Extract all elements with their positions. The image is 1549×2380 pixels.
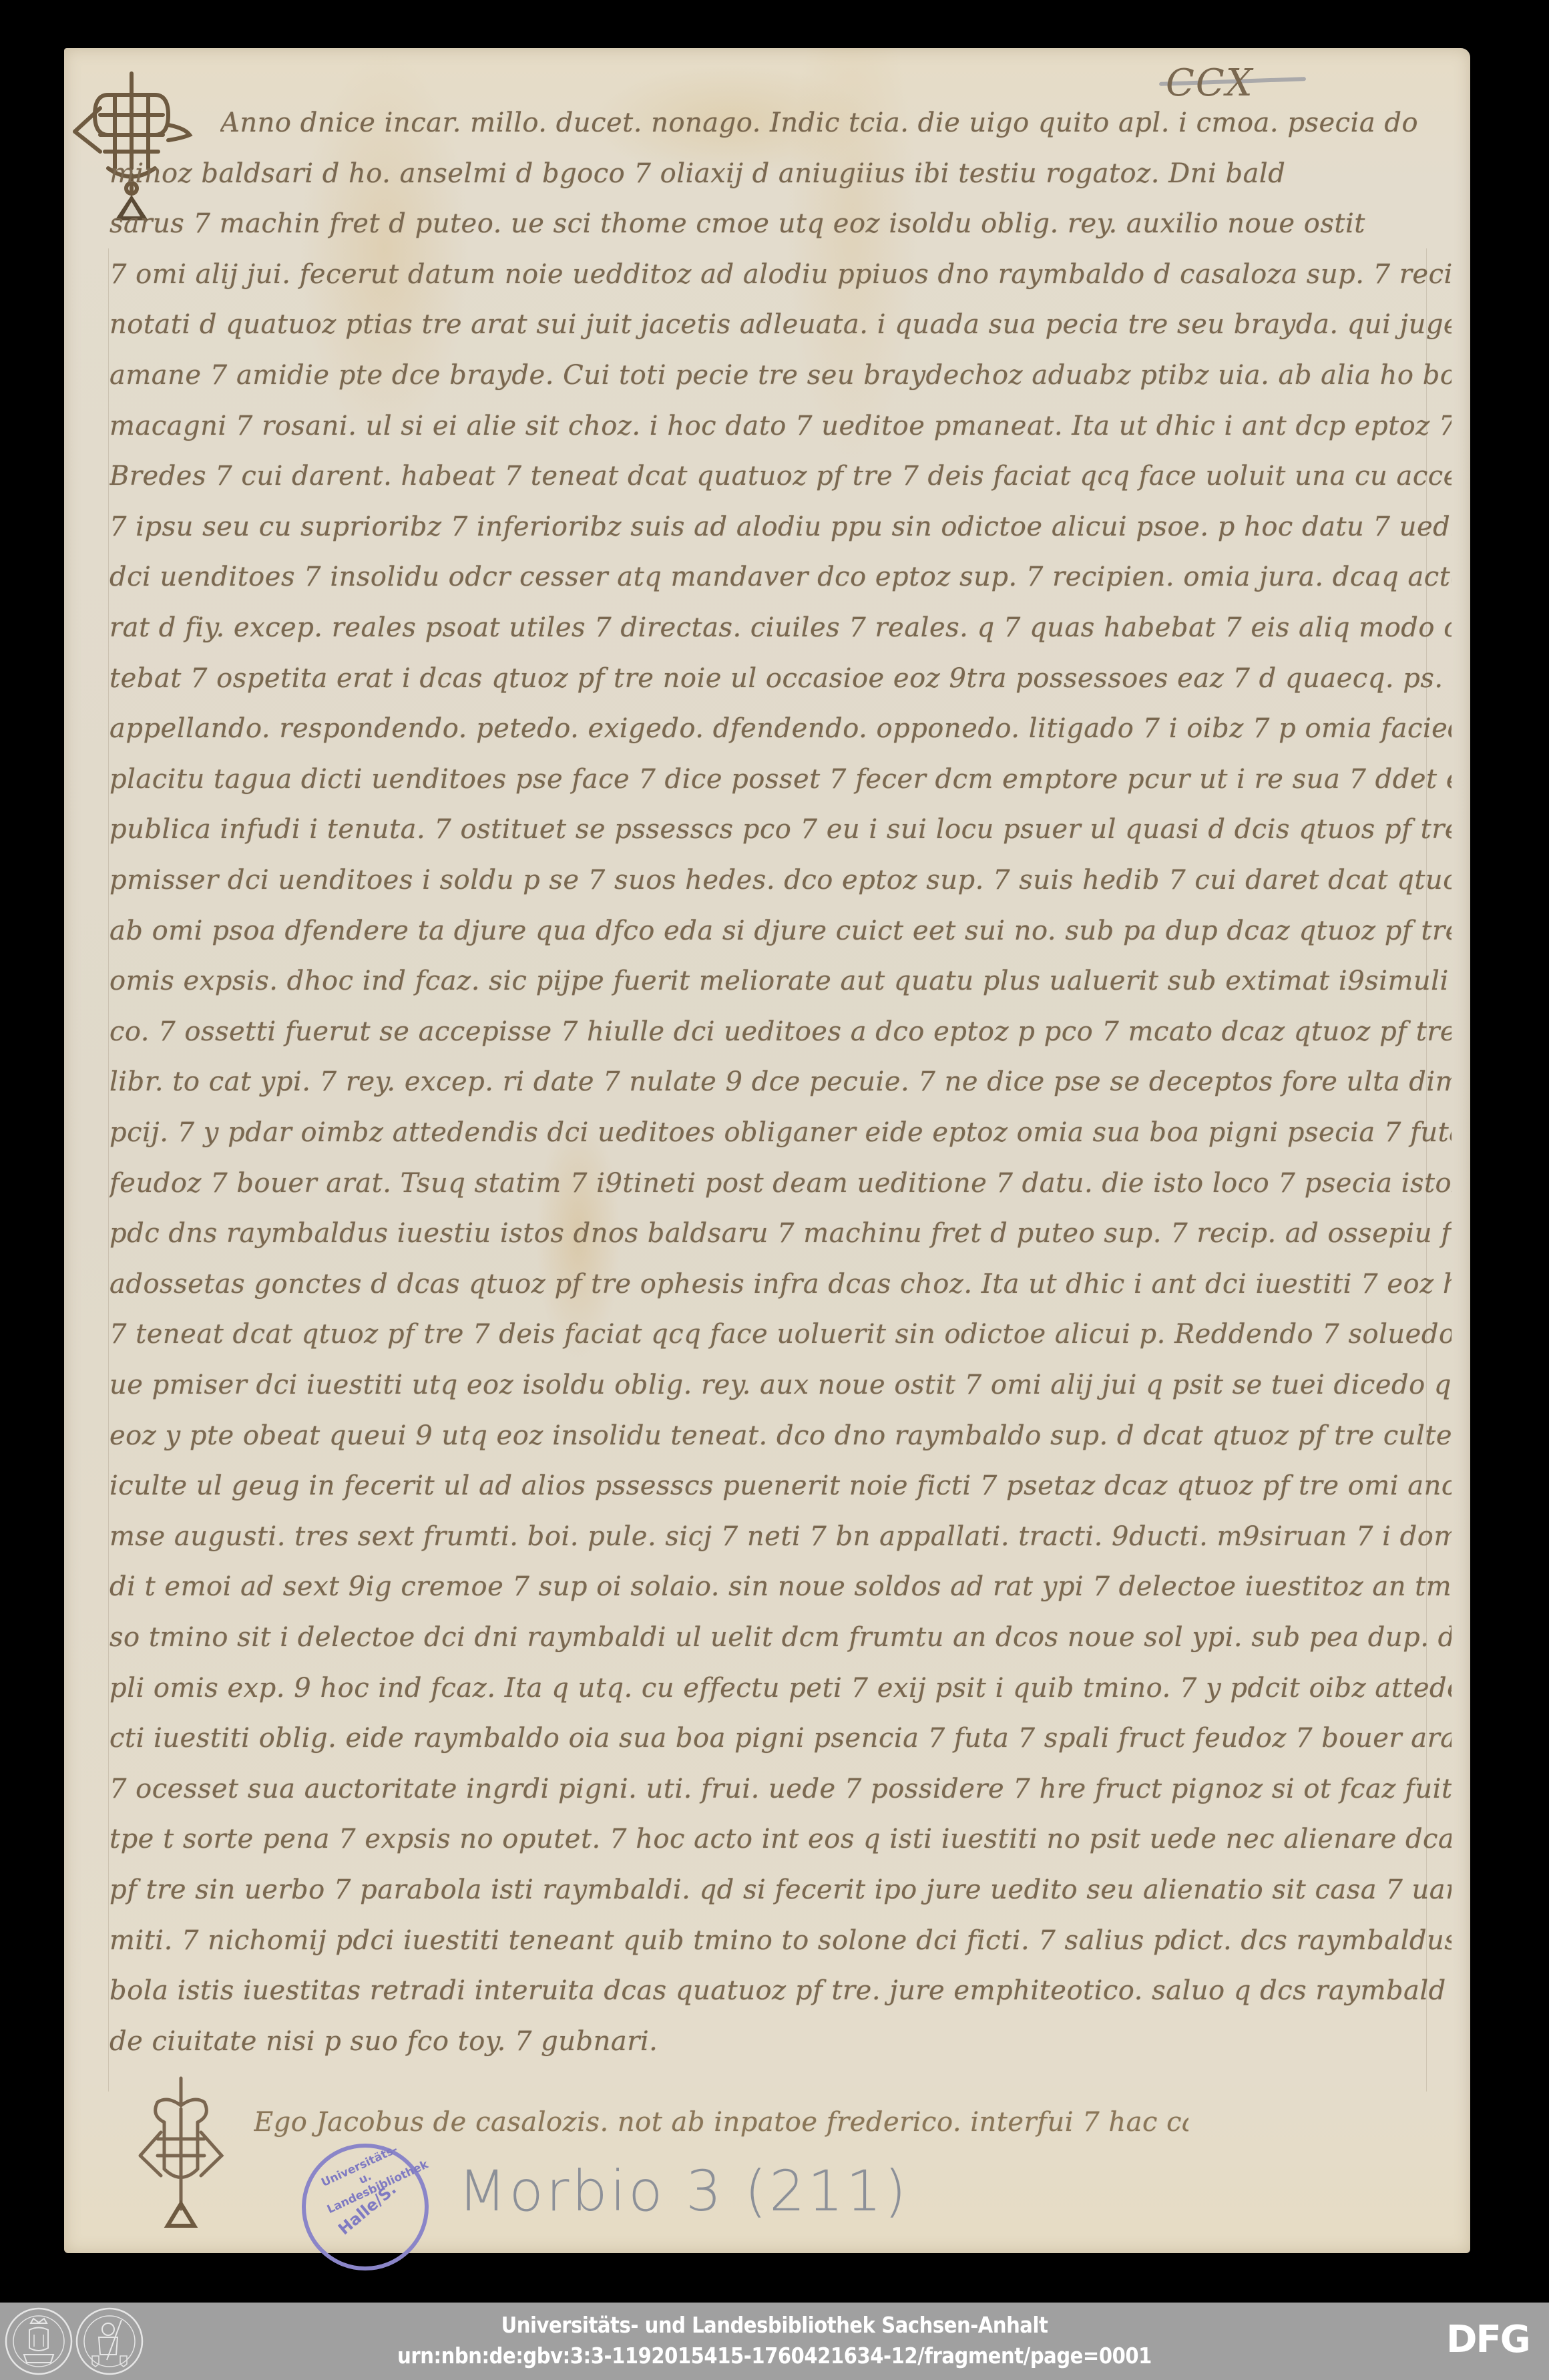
charter-line-25: 7 teneat dcat qtuoz pf tre 7 deis faciat…	[109, 1314, 1452, 1354]
charter-line-31: so tmino sit i delectoe dci dni raymbald…	[109, 1617, 1452, 1657]
witness-subscription-line: Ego Jacobus de casalozis. not ab inpatoe…	[254, 2102, 1188, 2142]
charter-line-30: di t emoi ad sext 9ig cremoe 7 sup oi so…	[109, 1567, 1452, 1607]
charter-line-18: omis expsis. dhoc ind fcaz. sic pijpe fu…	[109, 961, 1452, 1001]
charter-line-26: ue pmiser dci iuestiti utq eoz isoldu ob…	[109, 1365, 1452, 1405]
charter-line-34: 7 ocesset sua auctoritate ingrdi pigni. …	[109, 1769, 1452, 1809]
charter-line-12: tebat 7 ospetita erat i dcas qtuoz pf tr…	[109, 658, 1452, 699]
scan-viewport: CCX Anno dnice incar. millo. d	[0, 0, 1549, 2303]
pencil-annotation: Morbio 3 (211)	[458, 2158, 909, 2224]
charter-line-20: libr. to cat ypi. 7 rey. excep. ri date …	[109, 1062, 1452, 1102]
charter-line-29: mse augusti. tres sext frumti. boi. pule…	[109, 1517, 1452, 1557]
charter-line-15: publica infudi i tenuta. 7 ostituet se p…	[109, 809, 1452, 849]
charter-line-10: dci uenditoes 7 insolidu odcr cesser atq…	[109, 557, 1452, 597]
charter-line-27: eoz y pte obeat queui 9 utq eoz insolidu…	[109, 1416, 1452, 1456]
charter-line-17: ab omi psoa dfendere ta djure qua dfco e…	[109, 911, 1452, 951]
notarial-sign-icon	[138, 2075, 224, 2229]
charter-line-14: placitu tagua dicti uenditoes pse face 7…	[109, 759, 1452, 799]
university-seal-halle-icon	[4, 2307, 73, 2376]
parchment-document: CCX Anno dnice incar. millo. d	[64, 48, 1470, 2253]
charter-line-22: feudoz 7 bouer arat. Tsuq statim 7 i9tin…	[109, 1163, 1452, 1203]
charter-line-23: pdc dns raymbaldus iuestiu istos dnos ba…	[109, 1213, 1452, 1253]
charter-line-9: 7 ipsu seu cu suprioribz 7 inferioribz s…	[109, 507, 1452, 547]
charter-line-4: 7 omi alij jui. fecerut datum noie ueddi…	[109, 254, 1452, 294]
charter-line-36: pf tre sin uerbo 7 parabola isti raymbal…	[109, 1870, 1452, 1910]
charter-line-6: amane 7 amidie pte dce brayde. Cui toti …	[109, 355, 1452, 395]
viewer-footer: Universitäts- und Landesbibliothek Sachs…	[0, 2303, 1549, 2380]
charter-line-28: iculte ul geug in fecerit ul ad alios ps…	[109, 1466, 1452, 1506]
footer-urn-link[interactable]: urn:nbn:de:gbv:3:3-1192015415-1760421634…	[93, 2343, 1456, 2369]
charter-line-7: macagni 7 rosani. ul si ei alie sit choz…	[109, 406, 1452, 446]
charter-line-32: pli omis exp. 9 hoc ind fcaz. Ita q utq.…	[109, 1668, 1452, 1708]
charter-line-13: appellando. respondendo. petedo. exigedo…	[109, 709, 1452, 749]
charter-line-16: pmisser dci uenditoes i soldu p se 7 suo…	[109, 860, 1452, 900]
dfg-logo-icon: DFG	[1446, 2321, 1530, 2359]
charter-line-38: bola istis iuestitas retradi interuita d…	[109, 1971, 1452, 2011]
charter-line-8: Bredes 7 cui darent. habeat 7 teneat dca…	[109, 456, 1452, 496]
charter-line-2: minoz baldsari d ho. anselmi d bgoco 7 o…	[109, 154, 1452, 194]
notarial-sign-icon	[68, 68, 195, 226]
shelfmark-number: CCX	[1166, 61, 1254, 105]
charter-line-5: notati d quatuoz ptias tre arat sui juit…	[109, 305, 1452, 345]
library-ownership-stamp: Universitäts- u. Landesbibliothek Halle/…	[302, 2144, 429, 2270]
charter-line-11: rat d fiy. excep. reales psoat utiles 7 …	[109, 608, 1452, 648]
charter-line-1: Anno dnice incar. millo. ducet. nonago. …	[220, 103, 1452, 143]
ruling-line-left	[108, 248, 109, 2092]
charter-line-21: pcij. 7 y pdar oimbz attedendis dci uedi…	[109, 1113, 1452, 1153]
charter-line-24: adossetas gonctes d dcas qtuoz pf tre op…	[109, 1264, 1452, 1304]
charter-line-33: cti iuestiti oblig. eide raymbaldo oia s…	[109, 1718, 1452, 1758]
footer-institution-name: Universitäts- und Landesbibliothek Sachs…	[93, 2312, 1456, 2338]
charter-line-3: sarus 7 machin fret d puteo. ue sci thom…	[109, 204, 1452, 244]
charter-line-19: co. 7 ossetti fuerut se accepisse 7 hiul…	[109, 1012, 1452, 1052]
charter-line-37: miti. 7 nichomij pdci iuestiti teneant q…	[109, 1921, 1452, 1961]
charter-line-35: tpe t sorte pena 7 expsis no oputet. 7 h…	[109, 1819, 1452, 1859]
charter-line-39: de ciuitate nisi p suo fco toy. 7 gubnar…	[109, 2021, 1452, 2061]
